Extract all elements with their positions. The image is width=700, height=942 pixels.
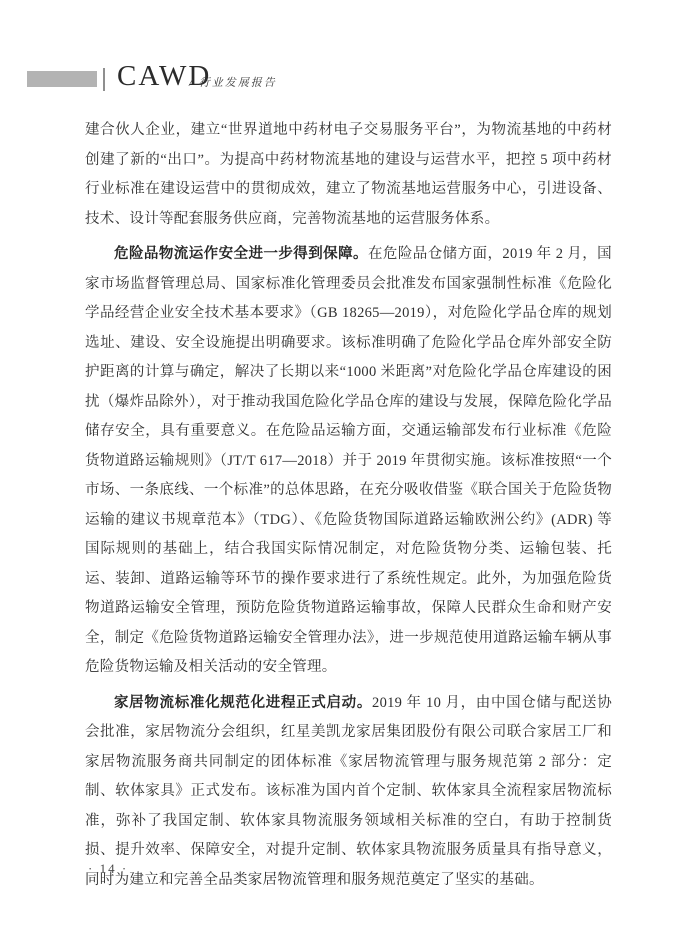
header-divider bbox=[103, 68, 105, 91]
paragraph-text: 在危险品仓储方面，2019 年 2 月，国家市场监督管理总局、国家标准化管理委员… bbox=[85, 246, 612, 675]
body-paragraph: 建合伙人企业，建立“世界道地中药材电子交易服务平台”，为物流基地的中药材创建了新… bbox=[85, 116, 612, 234]
document-page: CAWD / 行业发展报告 建合伙人企业，建立“世界道地中药材电子交易服务平台”… bbox=[0, 0, 700, 942]
page-number: · 14 · bbox=[88, 861, 128, 877]
paragraph-text: 建合伙人企业，建立“世界道地中药材电子交易服务平台”，为物流基地的中药材创建了新… bbox=[85, 122, 612, 227]
report-type-label: / 行业发展报告 bbox=[189, 76, 277, 90]
body-paragraph: 家居物流标准化规范化进程正式启动。2019 年 10 月，由中国仓储与配送协会批… bbox=[85, 689, 612, 896]
paragraph-text: 2019 年 10 月，由中国仓储与配送协会批准，家居物流分会组织，红星美凯龙家… bbox=[85, 695, 612, 888]
paragraph-lead: 危险品物流运作安全进一步得到保障。 bbox=[114, 246, 368, 262]
page-header: CAWD / 行业发展报告 bbox=[0, 0, 700, 110]
paragraph-lead: 家居物流标准化规范化进程正式启动。 bbox=[114, 695, 372, 711]
document-body: 建合伙人企业，建立“世界道地中药材电子交易服务平台”，为物流基地的中药材创建了新… bbox=[85, 116, 612, 901]
header-accent-bar bbox=[27, 71, 97, 87]
body-paragraph: 危险品物流运作安全进一步得到保障。在危险品仓储方面，2019 年 2 月，国家市… bbox=[85, 240, 612, 683]
